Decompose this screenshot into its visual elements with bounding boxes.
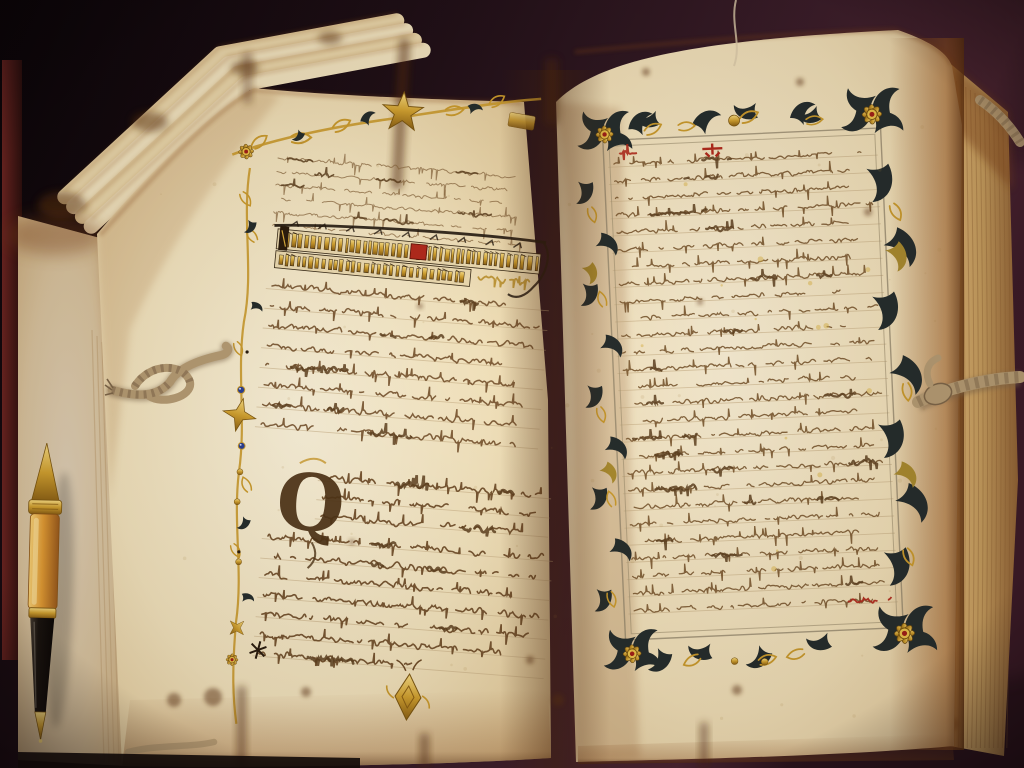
- vignette: [0, 0, 1024, 768]
- manuscript-photo: Q: [0, 0, 1024, 768]
- scene-svg: Q: [0, 0, 1024, 768]
